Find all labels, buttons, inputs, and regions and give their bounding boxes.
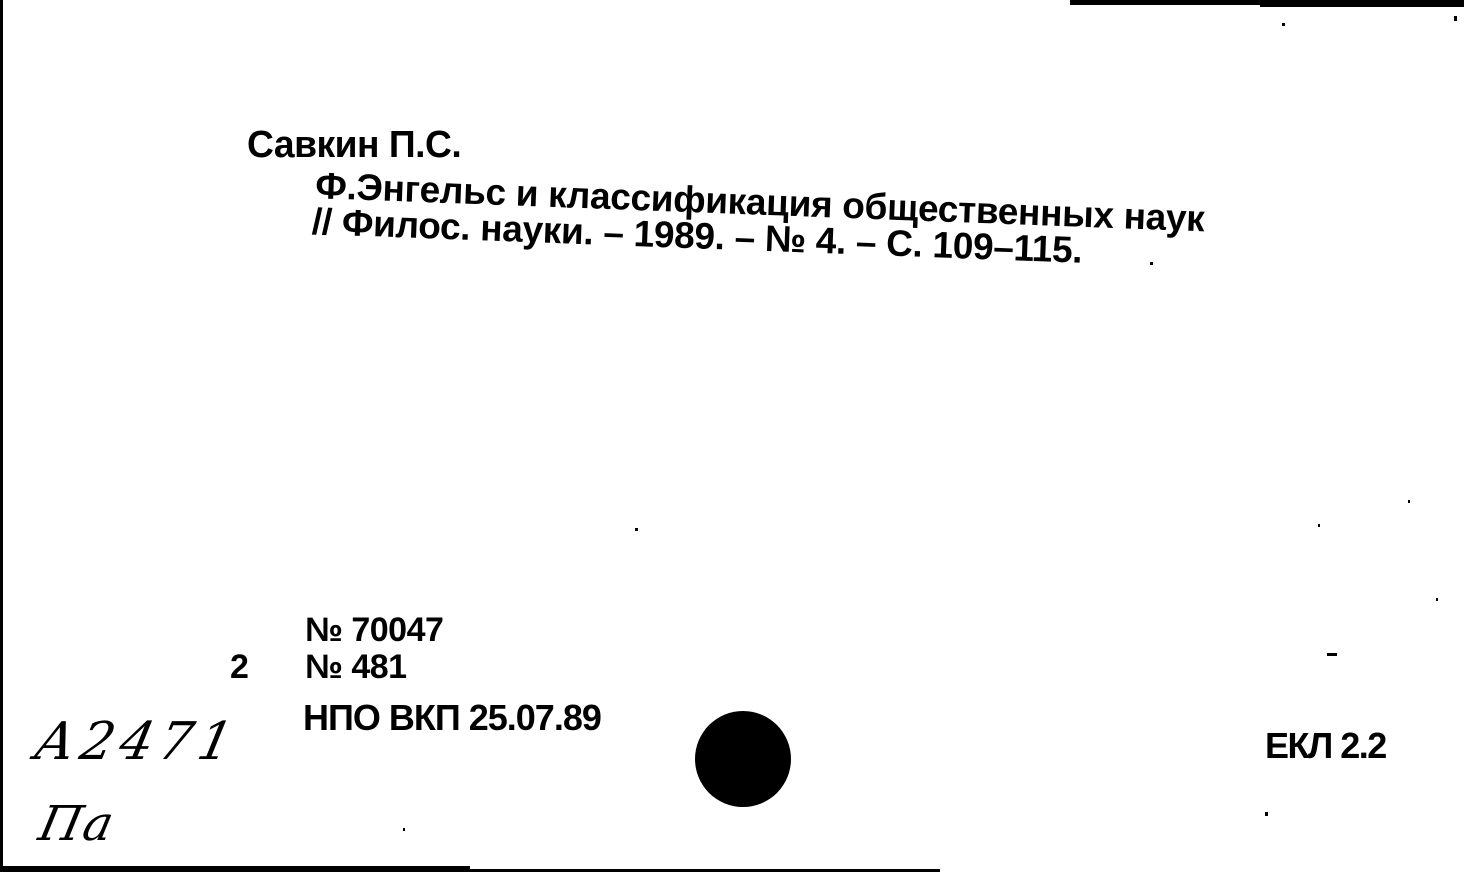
classification-code: ЕКЛ 2.2 — [1265, 728, 1386, 764]
scan-speck — [1282, 23, 1285, 26]
source-and-date: НПО ВКП 25.07.89 — [303, 700, 601, 736]
card-edge-left — [0, 0, 3, 872]
catalog-card: Савкин П.С. Ф.Энгельс и классификация об… — [0, 0, 1464, 872]
scan-speck — [1150, 262, 1153, 265]
scan-speck — [1318, 524, 1320, 527]
scan-speck — [1327, 653, 1337, 656]
accession-number: № 70047 — [305, 613, 443, 647]
bibliographic-title: Ф.Энгельс и классификация общественных н… — [313, 168, 1205, 273]
scan-speck — [1436, 598, 1438, 601]
scan-speck — [1454, 16, 1457, 21]
scan-speck — [1408, 500, 1410, 503]
secondary-number: № 481 — [305, 650, 407, 684]
handwritten-note: Па — [35, 800, 120, 848]
scan-speck — [1265, 812, 1268, 816]
author-name: Савкин П.С. — [247, 126, 461, 164]
handwritten-shelf-mark: А2471 — [30, 716, 243, 768]
scan-speck — [403, 828, 405, 831]
punch-hole-icon — [695, 711, 791, 807]
copy-count: 2 — [230, 650, 249, 684]
card-edge-top-shadow — [1260, 0, 1464, 7]
card-edge-bottom — [0, 866, 470, 872]
scan-speck — [635, 528, 638, 531]
